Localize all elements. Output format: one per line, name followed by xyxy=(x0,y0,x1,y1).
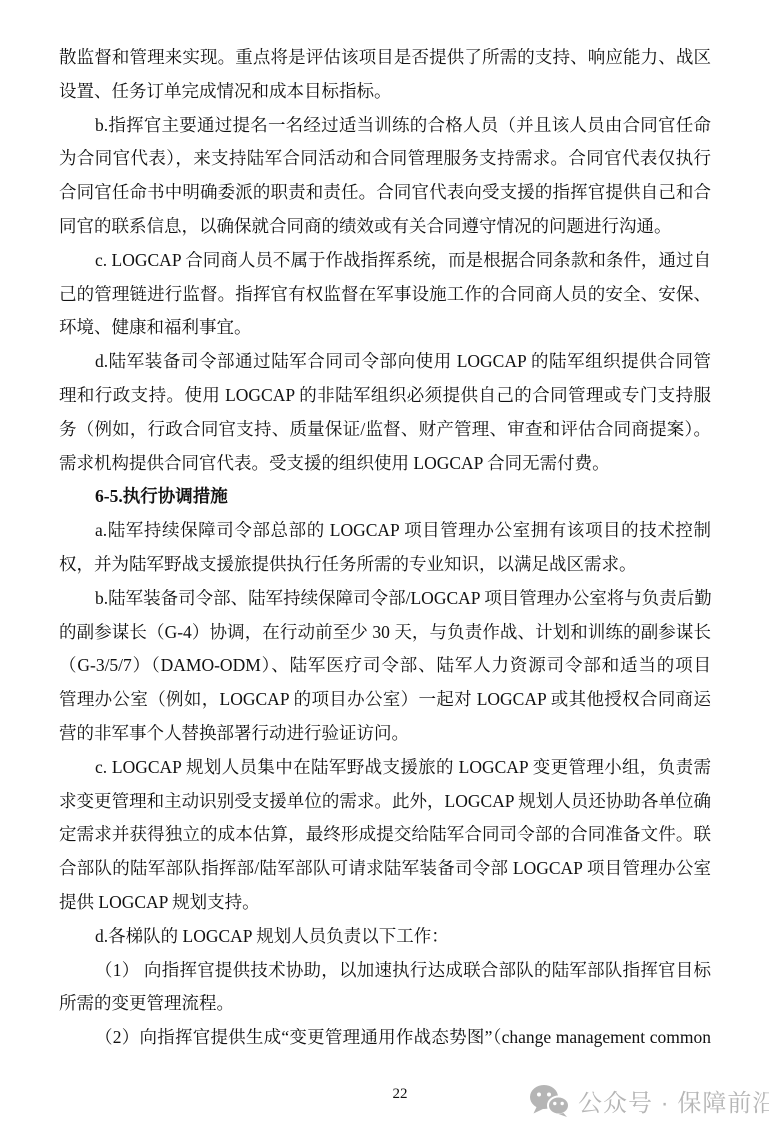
text-line: 为合同官代表），来支持陆军合同活动和合同管理服务支持需求。合同官代表仅执行 xyxy=(59,142,711,176)
text-line: 务（例如，行政合同官支持、质量保证/监督、财产管理、审查和评估合同商提案）。 xyxy=(59,413,711,447)
text-line: 提供 LOGCAP 规划支持。 xyxy=(59,886,711,920)
paragraph: a.陆军持续保障司令部总部的 LOGCAP 项目管理办公室拥有该项目的技术控制权… xyxy=(59,514,711,582)
section-heading: 6-5.执行协调措施 xyxy=(59,480,711,514)
text-line: c. LOGCAP 规划人员集中在陆军野战支援旅的 LOGCAP 变更管理小组，… xyxy=(59,751,711,785)
page-number: 22 xyxy=(369,1086,431,1103)
text-line: 管理办公室（例如，LOGCAP 的项目办公室）一起对 LOGCAP 或其他授权合… xyxy=(59,683,711,717)
text-line: （2）向指挥官提供生成“变更管理通用作战态势图”（change manageme… xyxy=(59,1021,711,1055)
paragraph: （2）向指挥官提供生成“变更管理通用作战态势图”（change manageme… xyxy=(59,1021,711,1055)
text-line: 所需的变更管理流程。 xyxy=(59,987,711,1021)
text-line: c. LOGCAP 合同商人员不属于作战指挥系统，而是根据合同条款和条件，通过自 xyxy=(59,244,711,278)
text-line: 设置、任务订单完成情况和成本目标指标。 xyxy=(59,75,711,109)
paragraph: b.陆军装备司令部、陆军持续保障司令部/LOGCAP 项目管理办公室将与负责后勤… xyxy=(59,582,711,751)
text-line: a.陆军持续保障司令部总部的 LOGCAP 项目管理办公室拥有该项目的技术控制 xyxy=(59,514,711,548)
text-line: 合部队的陆军部队指挥部/陆军部队可请求陆军装备司令部 LOGCAP 项目管理办公… xyxy=(59,852,711,886)
paragraph: 散监督和管理来实现。重点将是评估该项目是否提供了所需的支持、响应能力、战区设置、… xyxy=(59,41,711,109)
text-line: （G-3/5/7）（DAMO-ODM）、陆军医疗司令部、陆军人力资源司令部和适当… xyxy=(59,649,711,683)
paragraph: d.各梯队的 LOGCAP 规划人员负责以下工作： xyxy=(59,920,711,954)
document-text: 散监督和管理来实现。重点将是评估该项目是否提供了所需的支持、响应能力、战区设置、… xyxy=(59,41,711,1055)
document-page: 散监督和管理来实现。重点将是评估该项目是否提供了所需的支持、响应能力、战区设置、… xyxy=(0,0,769,1135)
text-line: 的副参谋长（G-4）协调，在行动前至少 30 天，与负责作战、计划和训练的副参谋… xyxy=(59,616,711,650)
text-line: 同官的联系信息，以确保就合同商的绩效或有关合同遵守情况的问题进行沟通。 xyxy=(59,210,711,244)
text-line: 权，并为陆军野战支援旅提供执行任务所需的专业知识，以满足战区需求。 xyxy=(59,548,711,582)
text-line: 营的非军事个人替换部署行动进行验证访问。 xyxy=(59,717,711,751)
text-line: b.指挥官主要通过提名一名经过适当训练的合格人员（并且该人员由合同官任命 xyxy=(59,109,711,143)
text-line: 理和行政支持。使用 LOGCAP 的非陆军组织必须提供自己的合同管理或专门支持服 xyxy=(59,379,711,413)
paragraph: c. LOGCAP 合同商人员不属于作战指挥系统，而是根据合同条款和条件，通过自… xyxy=(59,244,711,345)
text-line: d.陆军装备司令部通过陆军合同司令部向使用 LOGCAP 的陆军组织提供合同管 xyxy=(59,345,711,379)
text-line: 6-5.执行协调措施 xyxy=(59,480,711,514)
paragraph: b.指挥官主要通过提名一名经过适当训练的合格人员（并且该人员由合同官任命为合同官… xyxy=(59,109,711,244)
wechat-icon xyxy=(529,1084,569,1117)
text-line: 环境、健康和福利事宜。 xyxy=(59,311,711,345)
text-line: 需求机构提供合同官代表。受支援的组织使用 LOGCAP 合同无需付费。 xyxy=(59,447,711,481)
paragraph: c. LOGCAP 规划人员集中在陆军野战支援旅的 LOGCAP 变更管理小组，… xyxy=(59,751,711,920)
watermark-text: 公众号 · 保障前沿 xyxy=(578,1083,769,1118)
text-line: 定需求并获得独立的成本估算，最终形成提交给陆军合同司令部的合同准备文件。联 xyxy=(59,818,711,852)
text-line: b.陆军装备司令部、陆军持续保障司令部/LOGCAP 项目管理办公室将与负责后勤 xyxy=(59,582,711,616)
paragraph: d.陆军装备司令部通过陆军合同司令部向使用 LOGCAP 的陆军组织提供合同管理… xyxy=(59,345,711,480)
text-line: 合同官任命书中明确委派的职责和责任。合同官代表向受支援的指挥官提供自己和合 xyxy=(59,176,711,210)
text-line: d.各梯队的 LOGCAP 规划人员负责以下工作： xyxy=(59,920,711,954)
text-line: （1） 向指挥官提供技术协助，以加速执行达成联合部队的陆军部队指挥官目标 xyxy=(59,954,711,988)
text-line: 求变更管理和主动识别受支援单位的需求。此外，LOGCAP 规划人员还协助各单位确 xyxy=(59,785,711,819)
paragraph: （1） 向指挥官提供技术协助，以加速执行达成联合部队的陆军部队指挥官目标所需的变… xyxy=(59,954,711,1022)
text-line: 散监督和管理来实现。重点将是评估该项目是否提供了所需的支持、响应能力、战区 xyxy=(59,41,711,75)
text-line: 己的管理链进行监督。指挥官有权监督在军事设施工作的合同商人员的安全、安保、 xyxy=(59,278,711,312)
watermark: 公众号 · 保障前沿 xyxy=(529,1083,769,1117)
